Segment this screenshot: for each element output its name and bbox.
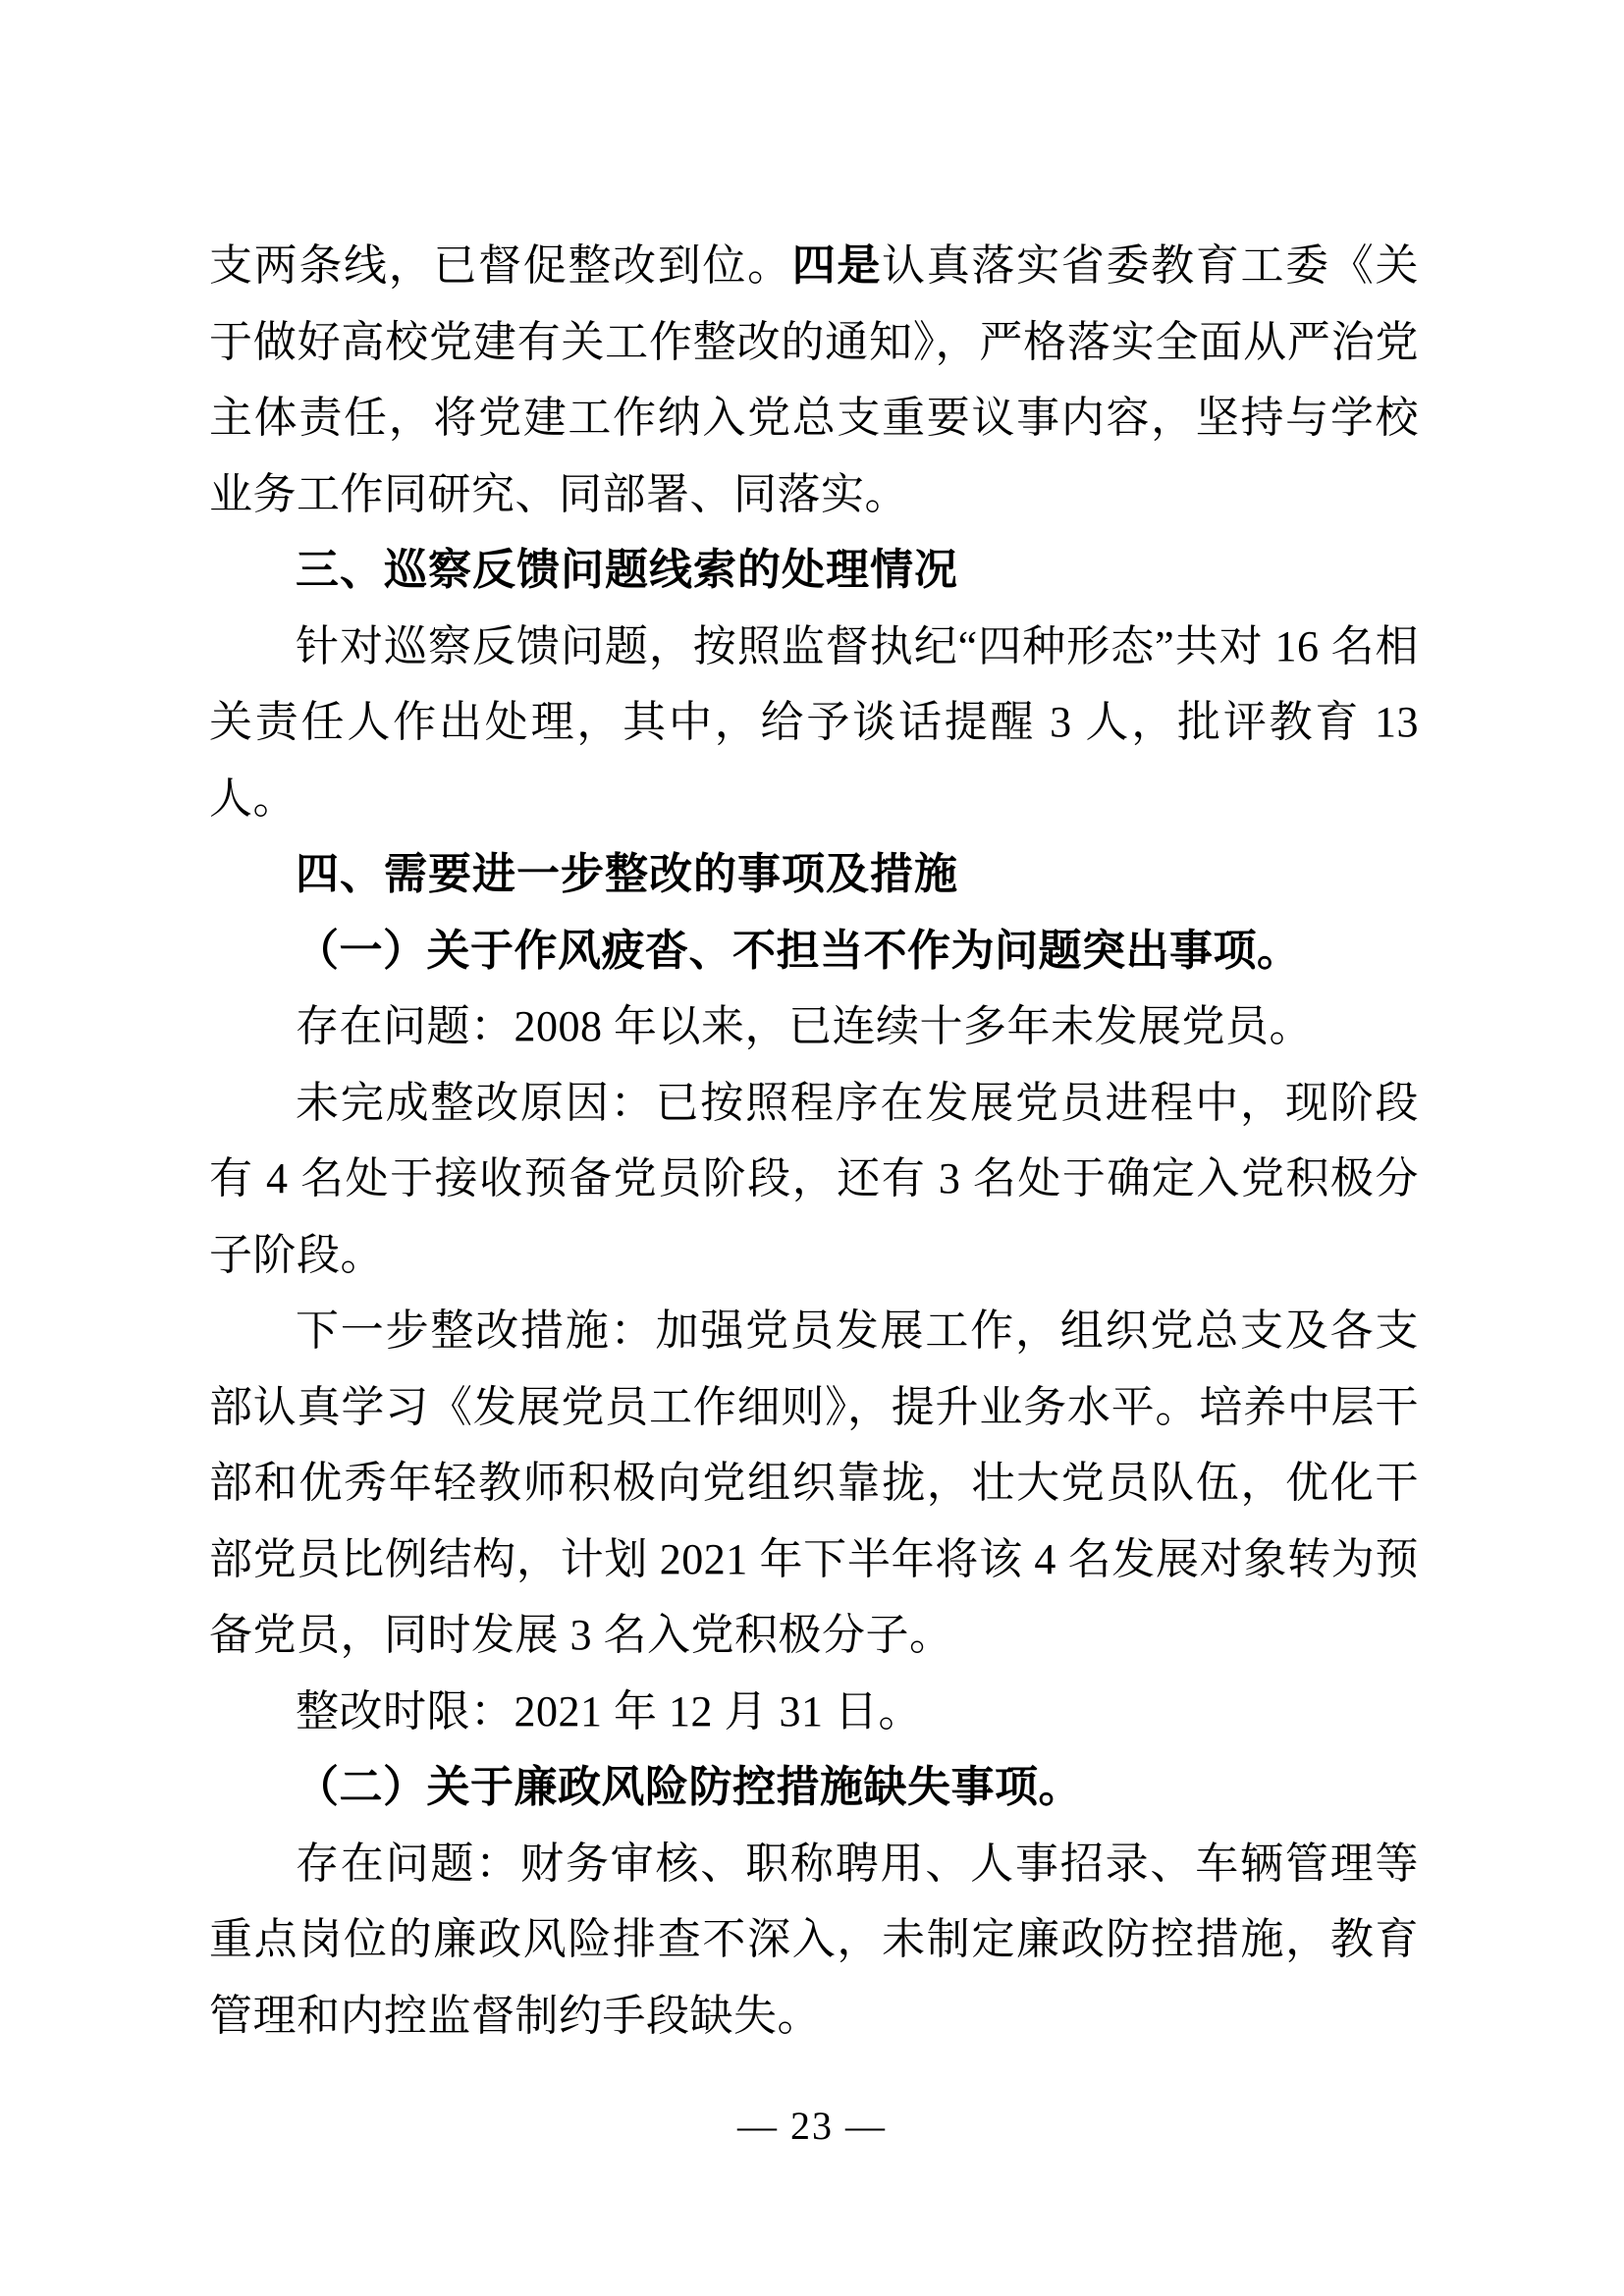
intro-paragraph: 支两条线，已督促整改到位。四是认真落实省委教育工委《关于做好高校党建有关工作整改… (209, 228, 1419, 532)
item-2-heading: （二）关于廉政风险防控措施缺失事项。 (209, 1749, 1419, 1826)
item-2-problem: 存在问题：财务审核、职称聘用、人事招录、车辆管理等重点岗位的廉政风险排查不深入，… (209, 1826, 1419, 2055)
section-3-paragraph: 针对巡察反馈问题，按照监督执纪“四种形态”共对 16 名相关责任人作出处理，其中… (209, 609, 1419, 837)
item-1-problem: 存在问题：2008 年以来，已连续十多年未发展党员。 (209, 988, 1419, 1065)
intro-text-before: 支两条线，已督促整改到位。 (209, 241, 792, 290)
page-number: — 23 — (0, 2103, 1624, 2150)
item-1-heading: （一）关于作风疲沓、不担当不作为问题突出事项。 (209, 913, 1419, 989)
emphasis-run-fourth-point: 四是 (792, 241, 882, 290)
section-4-heading: 四、需要进一步整改的事项及措施 (209, 836, 1419, 913)
item-1-measures: 下一步整改措施：加强党员发展工作，组织党总支及各支部认真学习《发展党员工作细则》… (209, 1293, 1419, 1674)
section-3-heading: 三、巡察反馈问题线索的处理情况 (209, 532, 1419, 609)
document-page: 支两条线，已督促整改到位。四是认真落实省委教育工委《关于做好高校党建有关工作整改… (0, 0, 1624, 2296)
document-body: 支两条线，已督促整改到位。四是认真落实省委教育工委《关于做好高校党建有关工作整改… (209, 228, 1419, 2054)
item-1-reason: 未完成整改原因：已按照程序在发展党员进程中，现阶段有 4 名处于接收预备党员阶段… (209, 1065, 1419, 1294)
item-1-deadline: 整改时限：2021 年 12 月 31 日。 (209, 1674, 1419, 1750)
